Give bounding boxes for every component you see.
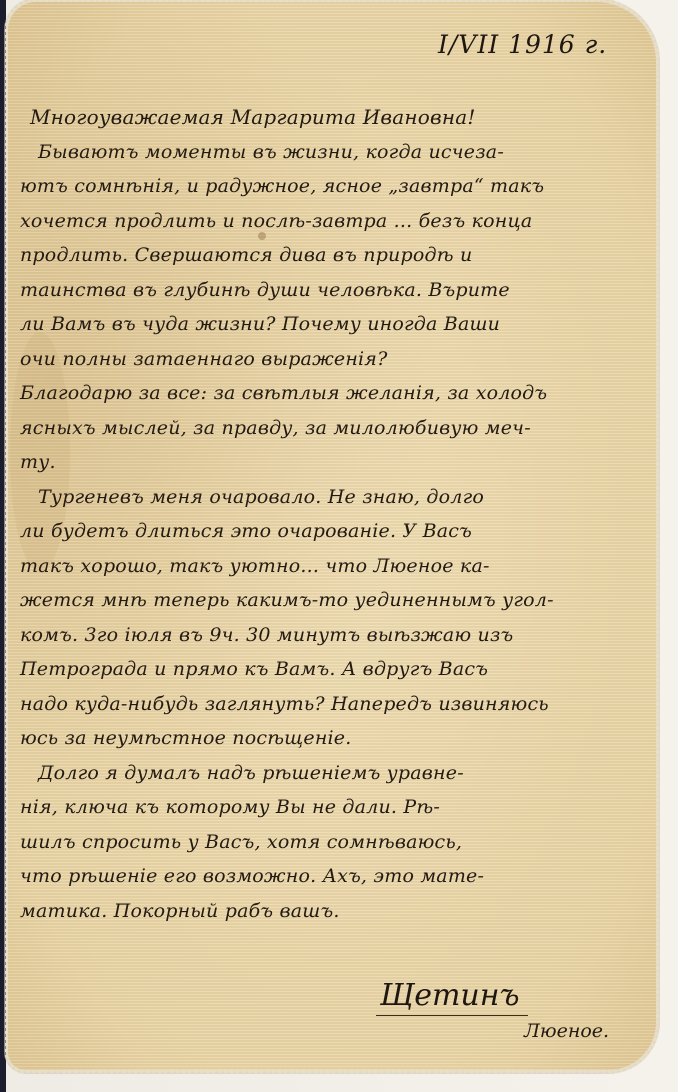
letter-line: надо куда-нибудь заглянуть? Напередъ изв… <box>20 687 650 722</box>
place-name: Люеное. <box>524 1020 609 1042</box>
letter-line: жется мнѣ теперь какимъ-то уединеннымъ у… <box>20 583 650 618</box>
letter-line: комъ. 3го іюля въ 9ч. 30 минутъ выѣзжаю … <box>20 618 650 653</box>
letter-line: Петрограда и прямо къ Вамъ. А вдругъ Вас… <box>20 652 650 687</box>
letter-line: нія, ключа къ которому Вы не дали. Рѣ- <box>20 790 650 825</box>
letter-line: Долго я думалъ надъ рѣшеніемъ уравне- <box>20 756 650 791</box>
letter-line: такъ хорошо, такъ уютно... что Люеное ка… <box>20 549 650 584</box>
letter-line: хочется продлить и послѣ-завтра ... безъ… <box>20 204 650 239</box>
letter-line: очи полны затаеннаго выраженія? <box>20 342 650 377</box>
scan-background: I/VII 1916 г. Многоуважаемая Маргарита И… <box>0 0 678 1092</box>
letter-line: таинства въ глубинѣ души человѣка. Върит… <box>20 273 650 308</box>
salutation: Многоуважаемая Маргарита Ивановна! <box>20 100 650 135</box>
letter-line: Бываютъ моменты въ жизни, когда исчеза- <box>20 135 650 170</box>
letter-body: Многоуважаемая Маргарита Ивановна! Бываю… <box>20 100 650 928</box>
letter-line: продлить. Свершаются дива въ природѣ и <box>20 238 650 273</box>
letter-line: Тургеневъ меня очаровало. Не знаю, долго <box>20 480 650 515</box>
letter-line: ясныхъ мыслей, за правду, за милолюбивую… <box>20 411 650 446</box>
signature: Щетинъ <box>376 978 528 1016</box>
letter-line: ту. <box>20 445 650 480</box>
letter-line: ли Вамъ въ чуда жизни? Почему иногда Ваш… <box>20 307 650 342</box>
letter-date: I/VII 1916 г. <box>438 30 607 59</box>
letter-line: шилъ спросить у Васъ, хотя сомнѣваюсь, <box>20 825 650 860</box>
letter-line: юсь за неумѣстное посѣщеніе. <box>20 721 650 756</box>
letter-line: что рѣшеніе его возможно. Ахъ, это мате- <box>20 859 650 894</box>
letter-line: ютъ сомнѣнія, и радужное, ясное „завтра“… <box>20 169 650 204</box>
letter-line: Благодарю за все: за свѣтлыя желанія, за… <box>20 376 650 411</box>
letter-line: матика. Покорный рабъ вашъ. <box>20 894 650 929</box>
letter-line: ли будетъ длиться это очарованіе. У Васъ <box>20 514 650 549</box>
